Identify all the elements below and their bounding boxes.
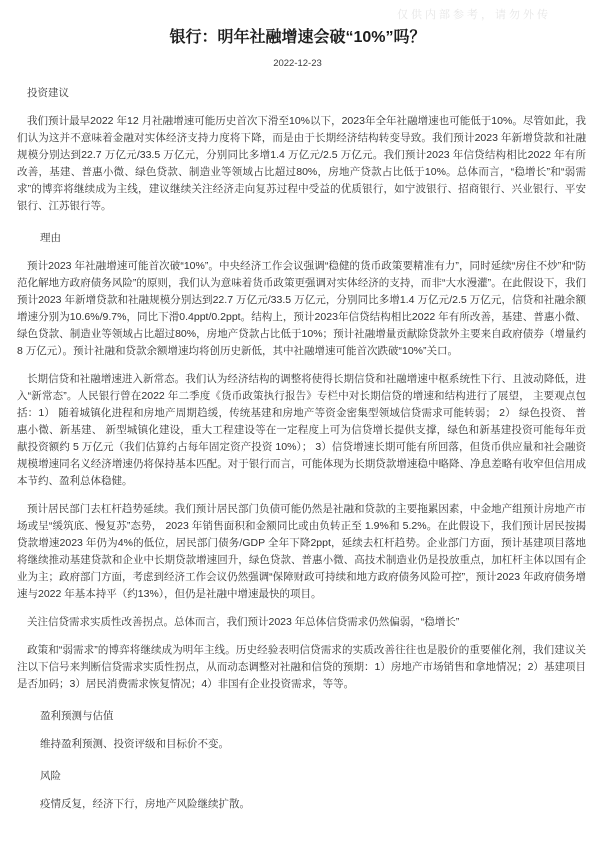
paragraph: 预计2023 年社融增速可能首次破“10%”。中央经济工作会议强调“稳健的货币政… — [17, 258, 586, 360]
paragraph: 长期信贷和社融增速进入新常态。我们认为经济结构的调整将使得长期信贷和社融增速中枢… — [17, 371, 586, 490]
paragraph: 我们预计最早2022 年12 月社融增速可能历史首次下滑至10%以下，2023年… — [17, 113, 586, 215]
section-heading-reasons: 理由 — [17, 230, 586, 247]
doc-body: 投资建议 我们预计最早2022 年12 月社融增速可能历史首次下滑至10%以下，… — [17, 85, 586, 813]
document-page: 仅供内部参考，请勿外传 银行：明年社融增速会破“10%”吗？ 2022-12-2… — [0, 0, 595, 842]
paragraph: 预计居民部门去杠杆趋势延续。我们预计居民部门负债可能仍然是社融和贷款的主要拖累因… — [17, 501, 586, 603]
section-heading-earnings-valuation: 盈利预测与估值 — [17, 708, 586, 725]
confidential-watermark: 仅供内部参考，请勿外传 — [397, 6, 551, 22]
section-heading-investment-advice: 投资建议 — [17, 85, 586, 102]
section-heading-risks: 风险 — [17, 768, 586, 785]
page-title: 银行：明年社融增速会破“10%”吗？ — [30, 27, 565, 49]
paragraph: 关注信贷需求实质性改善拐点。总体而言，我们预计2023 年总体信贷需求仍然偏弱，… — [17, 614, 586, 631]
paragraph: 政策和“弱需求”的博弈将继续成为明年主线。历史经验表明信贷需求的实质改善往往也是… — [17, 642, 586, 693]
paragraph: 疫情反复，经济下行，房地产风险继续扩散。 — [17, 796, 586, 813]
paragraph: 维持盈利预测、投资评级和目标价不变。 — [17, 736, 586, 753]
doc-date: 2022-12-23 — [0, 57, 595, 70]
